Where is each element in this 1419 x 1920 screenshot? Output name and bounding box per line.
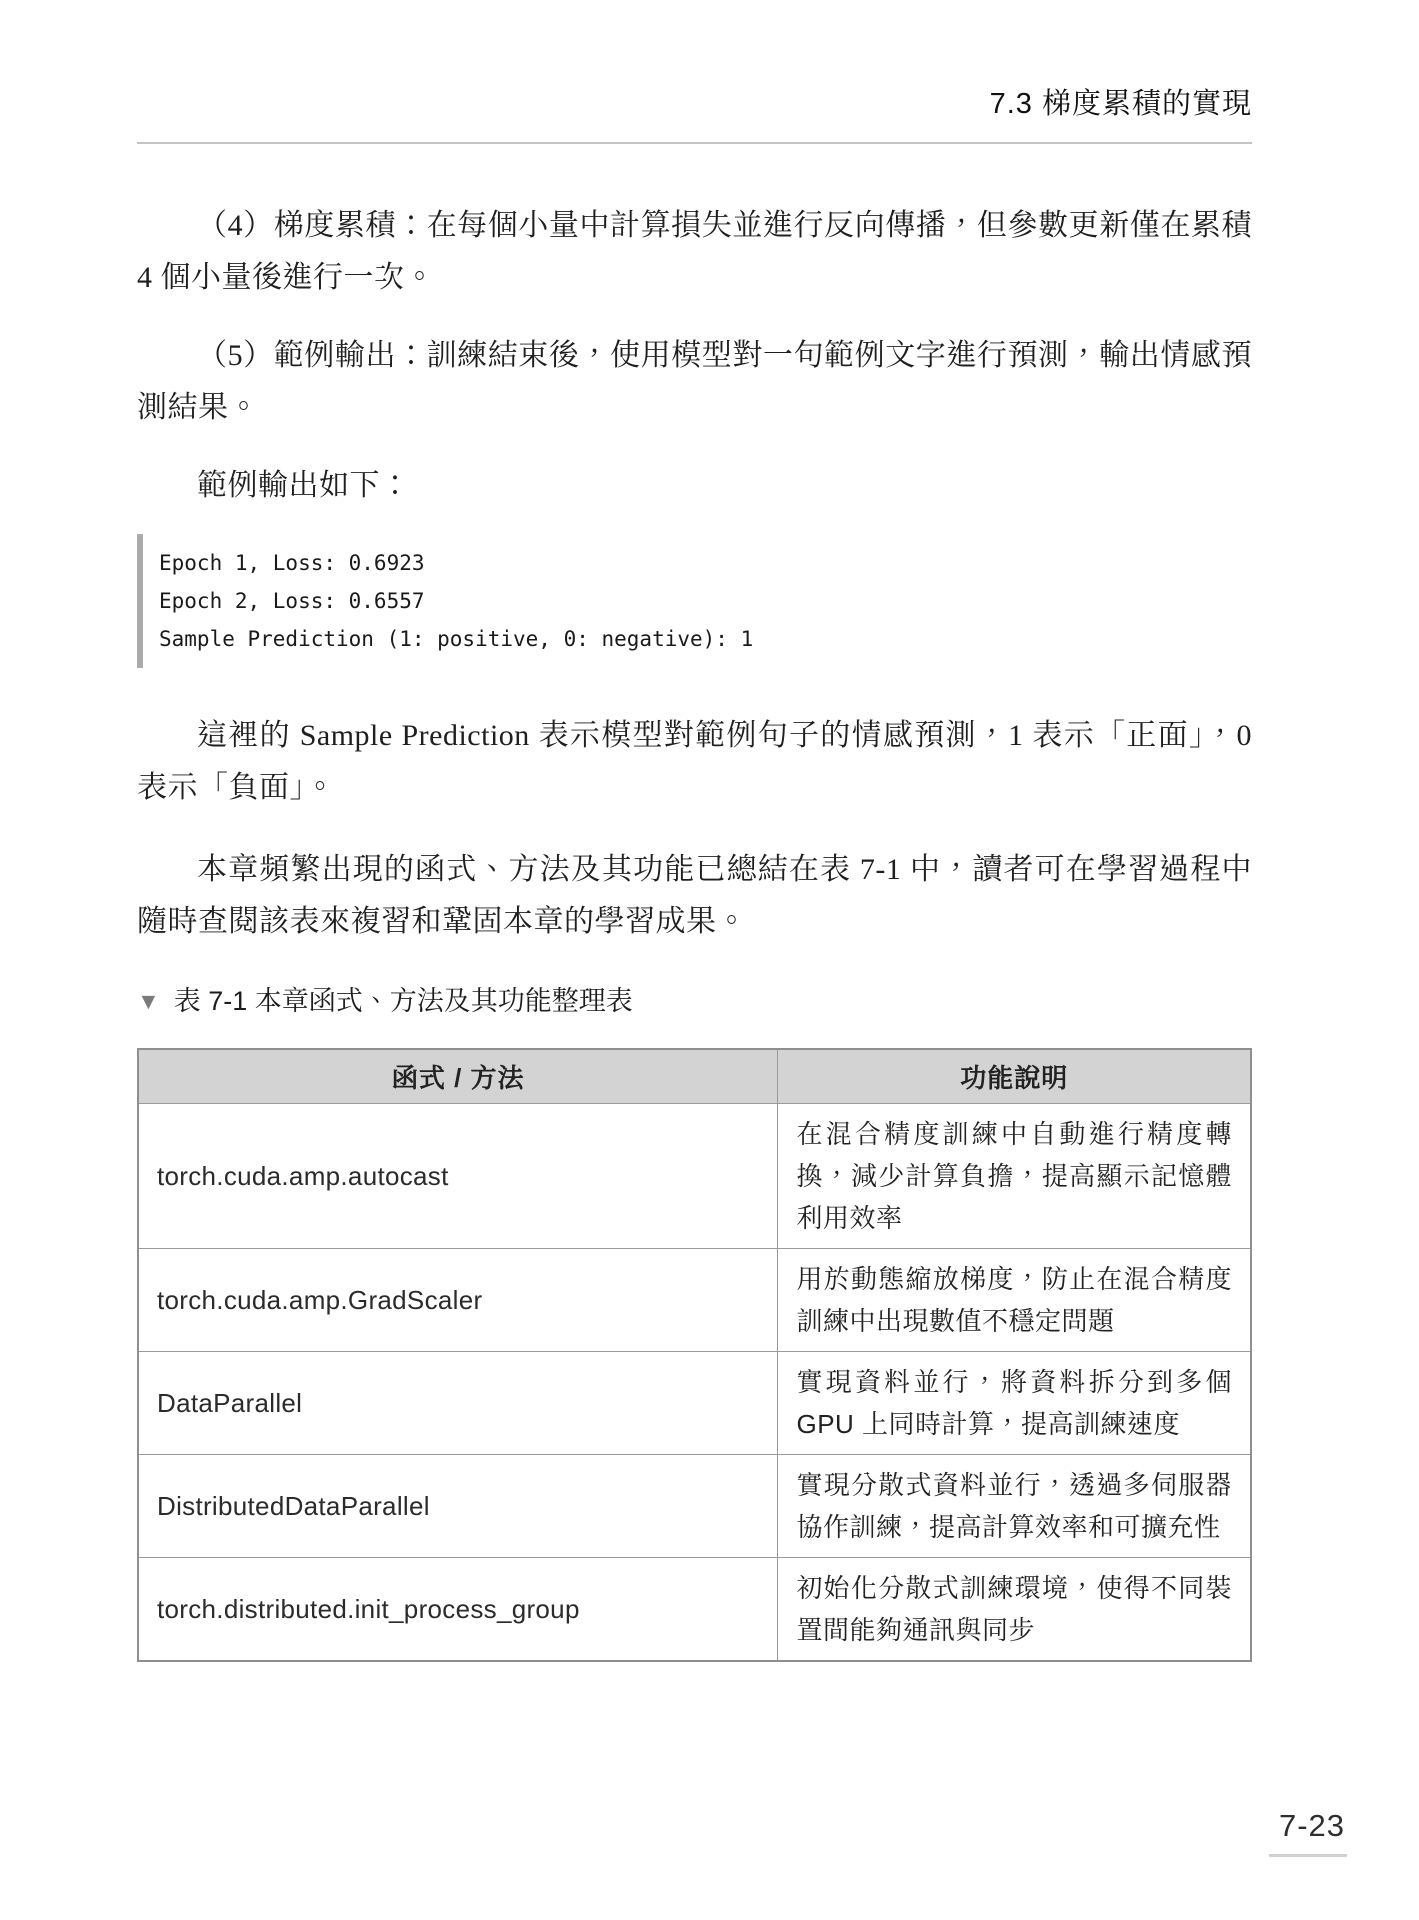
table-row: torch.cuda.amp.GradScaler 用於動態縮放梯度，防止在混合… [138,1248,1251,1351]
method-cell: torch.distributed.init_process_group [138,1557,778,1661]
paragraph-gradient-accumulation: （4）梯度累積：在每個小量中計算損失並進行反向傳播，但參數更新僅在累積 4 個小… [137,200,1252,304]
table-row: DataParallel 實現資料並行，將資料拆分到多個 GPU 上同時計算，提… [138,1351,1251,1454]
table-caption: ▼ 表 7-1 本章函式、方法及其功能整理表 [137,982,1252,1020]
table-row: torch.distributed.init_process_group 初始化… [138,1557,1251,1661]
method-cell: torch.cuda.amp.autocast [138,1103,778,1248]
table-caption-text: 表 7-1 本章函式、方法及其功能整理表 [174,982,633,1020]
table-row: DistributedDataParallel 實現分散式資料並行，透過多伺服器… [138,1454,1251,1557]
console-output-line: Epoch 2, Loss: 0.6557 [159,582,1252,620]
book-page: 7.3 梯度累積的實現 （4）梯度累積：在每個小量中計算損失並進行反向傳播，但參… [0,0,1419,1920]
paragraph-prediction-note: 這裡的 Sample Prediction 表示模型對範例句子的情感預測，1 表… [137,710,1252,814]
page-number: 7-23 [1269,1808,1347,1857]
method-cell: DataParallel [138,1351,778,1454]
header-rule [137,142,1252,144]
paragraph-sample-output: （5）範例輸出：訓練結束後，使用模型對一句範例文字進行預測，輸出情感預測結果。 [137,330,1252,434]
description-cell: 初始化分散式訓練環境，使得不同裝置間能夠通訊與同步 [778,1557,1251,1661]
description-cell: 實現資料並行，將資料拆分到多個 GPU 上同時計算，提高訓練速度 [778,1351,1251,1454]
table-header-row: 函式 / 方法 功能說明 [138,1049,1251,1103]
triangle-marker-icon: ▼ [137,982,160,1020]
table-row: torch.cuda.amp.autocast 在混合精度訓練中自動進行精度轉換… [138,1103,1251,1248]
column-header-description: 功能說明 [778,1049,1251,1103]
paragraph-table-intro: 本章頻繁出現的函式、方法及其功能已總結在表 7-1 中，讀者可在學習過程中隨時查… [137,844,1252,948]
console-output-line: Epoch 1, Loss: 0.6923 [159,544,1252,582]
method-cell: DistributedDataParallel [138,1454,778,1557]
description-cell: 用於動態縮放梯度，防止在混合精度訓練中出現數值不穩定問題 [778,1248,1251,1351]
column-header-method: 函式 / 方法 [138,1049,778,1103]
console-output-line: Sample Prediction (1: positive, 0: negat… [159,620,1252,658]
description-cell: 在混合精度訓練中自動進行精度轉換，減少計算負擔，提高顯示記憶體利用效率 [778,1103,1251,1248]
function-summary-table: 函式 / 方法 功能說明 torch.cuda.amp.autocast 在混合… [137,1048,1252,1662]
paragraph-code-intro: 範例輸出如下： [137,460,1252,512]
console-output-block: Epoch 1, Loss: 0.6923 Epoch 2, Loss: 0.6… [137,534,1252,668]
description-cell: 實現分散式資料並行，透過多伺服器協作訓練，提高計算效率和可擴充性 [778,1454,1251,1557]
method-cell: torch.cuda.amp.GradScaler [138,1248,778,1351]
running-head-section-title: 7.3 梯度累積的實現 [137,84,1252,124]
